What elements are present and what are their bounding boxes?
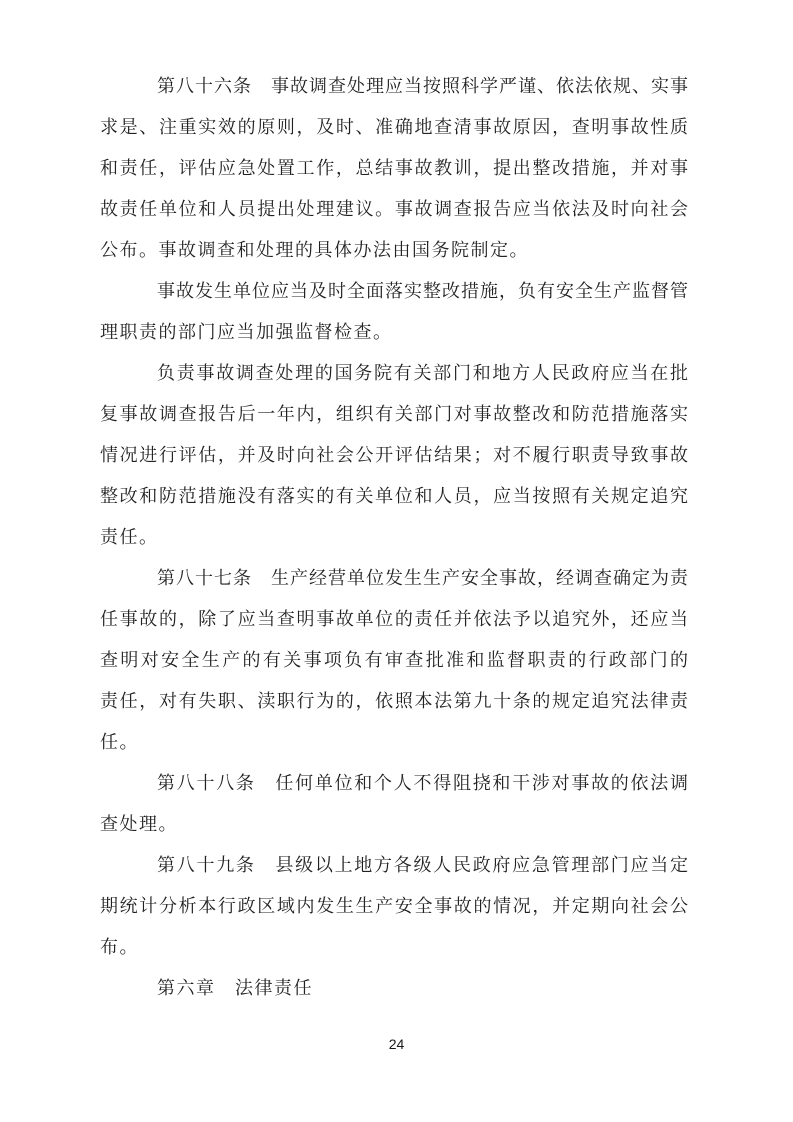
text-line: 责任。 [100,517,688,558]
text-line: 故责任单位和人员提出处理建议。事故调查报告应当依法及时向社会 [100,189,688,230]
text-line: 情况进行评估，并及时向社会公开评估结果；对不履行职责导致事故 [100,435,688,476]
chapter-heading: 第六章 法律责任 [100,968,688,1009]
document-page: 第八十六条 事故调查处理应当按照科学严谨、依法依规、实事求是、注重实效的原则，及… [0,0,793,1122]
text-line: 查明对安全生产的有关事项负有审查批准和监督职责的行政部门的 [100,640,688,681]
page-number: 24 [0,1036,793,1052]
text-line: 任。 [100,722,688,763]
text-line: 任事故的，除了应当查明事故单位的责任并依法予以追究外，还应当 [100,599,688,640]
text-line: 求是、注重实效的原则，及时、准确地查清事故原因，查明事故性质 [100,107,688,148]
text-line: 和责任，评估应急处置工作，总结事故教训，提出整改措施，并对事 [100,148,688,189]
text-line: 查处理。 [100,804,688,845]
text-line: 第八十九条 县级以上地方各级人民政府应急管理部门应当定 [100,845,688,886]
text-line: 事故发生单位应当及时全面落实整改措施，负有安全生产监督管 [100,271,688,312]
text-line: 第八十六条 事故调查处理应当按照科学严谨、依法依规、实事 [100,66,688,107]
text-line: 布。 [100,927,688,968]
text-line: 整改和防范措施没有落实的有关单位和人员，应当按照有关规定追究 [100,476,688,517]
text-line: 第八十七条 生产经营单位发生生产安全事故，经调查确定为责 [100,558,688,599]
text-line: 第八十八条 任何单位和个人不得阻挠和干涉对事故的依法调 [100,763,688,804]
text-line: 负责事故调查处理的国务院有关部门和地方人民政府应当在批 [100,353,688,394]
text-line: 期统计分析本行政区域内发生生产安全事故的情况，并定期向社会公 [100,886,688,927]
text-line: 理职责的部门应当加强监督检查。 [100,312,688,353]
text-line: 公布。事故调查和处理的具体办法由国务院制定。 [100,230,688,271]
text-line: 责任，对有失职、渎职行为的，依照本法第九十条的规定追究法律责 [100,681,688,722]
page-body-text: 第八十六条 事故调查处理应当按照科学严谨、依法依规、实事求是、注重实效的原则，及… [100,66,688,1009]
text-line: 复事故调查报告后一年内，组织有关部门对事故整改和防范措施落实 [100,394,688,435]
